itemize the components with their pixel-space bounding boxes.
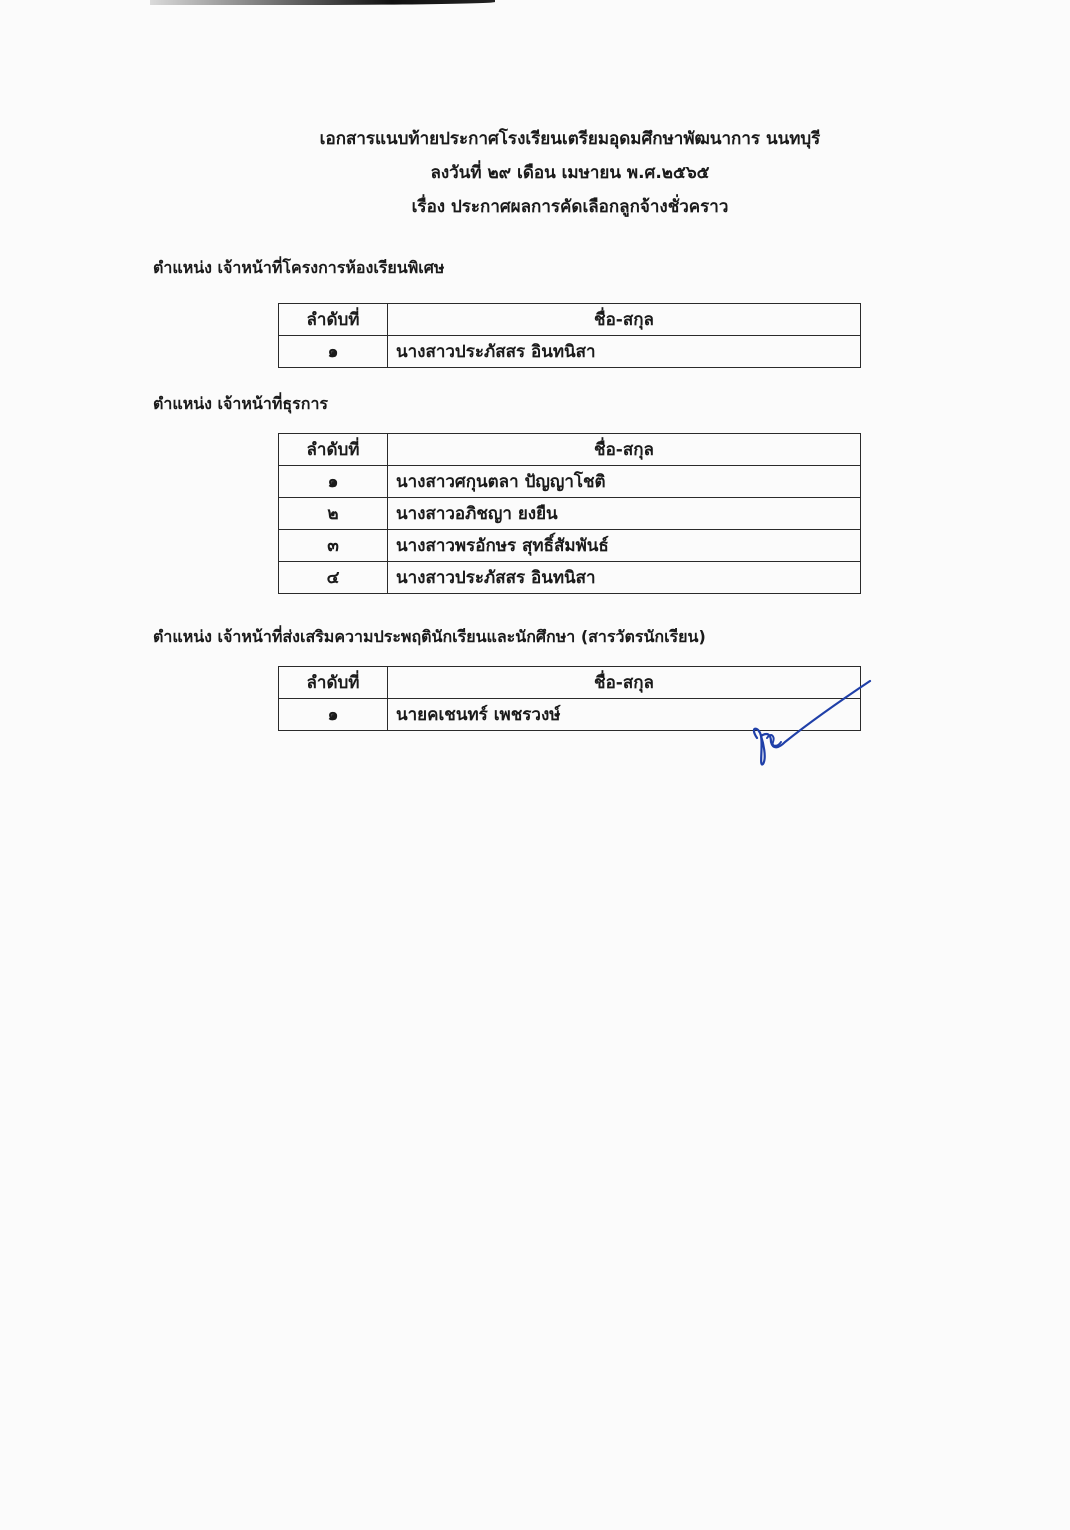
roster-table-administrative: ลำดับที่ ชื่อ-สกุล ๑ นางสาวศกุนตลา ปัญญา… bbox=[278, 433, 861, 594]
section-label-administrative: ตำแหน่ง เจ้าหน้าที่ธุรการ bbox=[153, 392, 328, 417]
row-name: นางสาวพรอักษร สุทธิ์สัมพันธ์ bbox=[388, 530, 861, 562]
handwritten-signature-icon bbox=[745, 676, 875, 771]
row-number: ๓ bbox=[279, 530, 388, 562]
document-header: เอกสารแนบท้ายประกาศโรงเรียนเตรียมอุดมศึก… bbox=[0, 122, 1070, 224]
column-header-no: ลำดับที่ bbox=[279, 667, 388, 699]
column-header-no: ลำดับที่ bbox=[279, 304, 388, 336]
column-header-name: ชื่อ-สกุล bbox=[388, 304, 861, 336]
row-number: ๔ bbox=[279, 562, 388, 594]
column-header-no: ลำดับที่ bbox=[279, 434, 388, 466]
row-name: นางสาวศกุนตลา ปัญญาโชติ bbox=[388, 466, 861, 498]
column-header-name: ชื่อ-สกุล bbox=[388, 434, 861, 466]
row-name: นางสาวประภัสสร อินทนิสา bbox=[388, 336, 861, 368]
table-header-row: ลำดับที่ ชื่อ-สกุล bbox=[279, 304, 861, 336]
table-row: ๔ นางสาวประภัสสร อินทนิสา bbox=[279, 562, 861, 594]
row-name: นางสาวประภัสสร อินทนิสา bbox=[388, 562, 861, 594]
row-number: ๑ bbox=[279, 336, 388, 368]
section-label-student-conduct: ตำแหน่ง เจ้าหน้าที่ส่งเสริมความประพฤตินั… bbox=[153, 625, 706, 650]
section-label-special-class: ตำแหน่ง เจ้าหน้าที่โครงการห้องเรียนพิเศษ bbox=[153, 256, 444, 281]
row-name: นางสาวอภิชญา ยงยืน bbox=[388, 498, 861, 530]
row-number: ๑ bbox=[279, 466, 388, 498]
row-number: ๒ bbox=[279, 498, 388, 530]
scan-edge-artifact bbox=[150, 0, 495, 5]
table-row: ๑ นางสาวศกุนตลา ปัญญาโชติ bbox=[279, 466, 861, 498]
table-row: ๑ นางสาวประภัสสร อินทนิสา bbox=[279, 336, 861, 368]
table-header-row: ลำดับที่ ชื่อ-สกุล bbox=[279, 434, 861, 466]
header-subject: เรื่อง ประกาศผลการคัดเลือกลูกจ้างชั่วครา… bbox=[0, 190, 1070, 224]
table-row: ๓ นางสาวพรอักษร สุทธิ์สัมพันธ์ bbox=[279, 530, 861, 562]
header-title: เอกสารแนบท้ายประกาศโรงเรียนเตรียมอุดมศึก… bbox=[0, 122, 1070, 156]
row-number: ๑ bbox=[279, 699, 388, 731]
table-row: ๒ นางสาวอภิชญา ยงยืน bbox=[279, 498, 861, 530]
header-date: ลงวันที่ ๒๙ เดือน เมษายน พ.ศ.๒๕๖๕ bbox=[0, 156, 1070, 190]
roster-table-special-class: ลำดับที่ ชื่อ-สกุล ๑ นางสาวประภัสสร อินท… bbox=[278, 303, 861, 368]
